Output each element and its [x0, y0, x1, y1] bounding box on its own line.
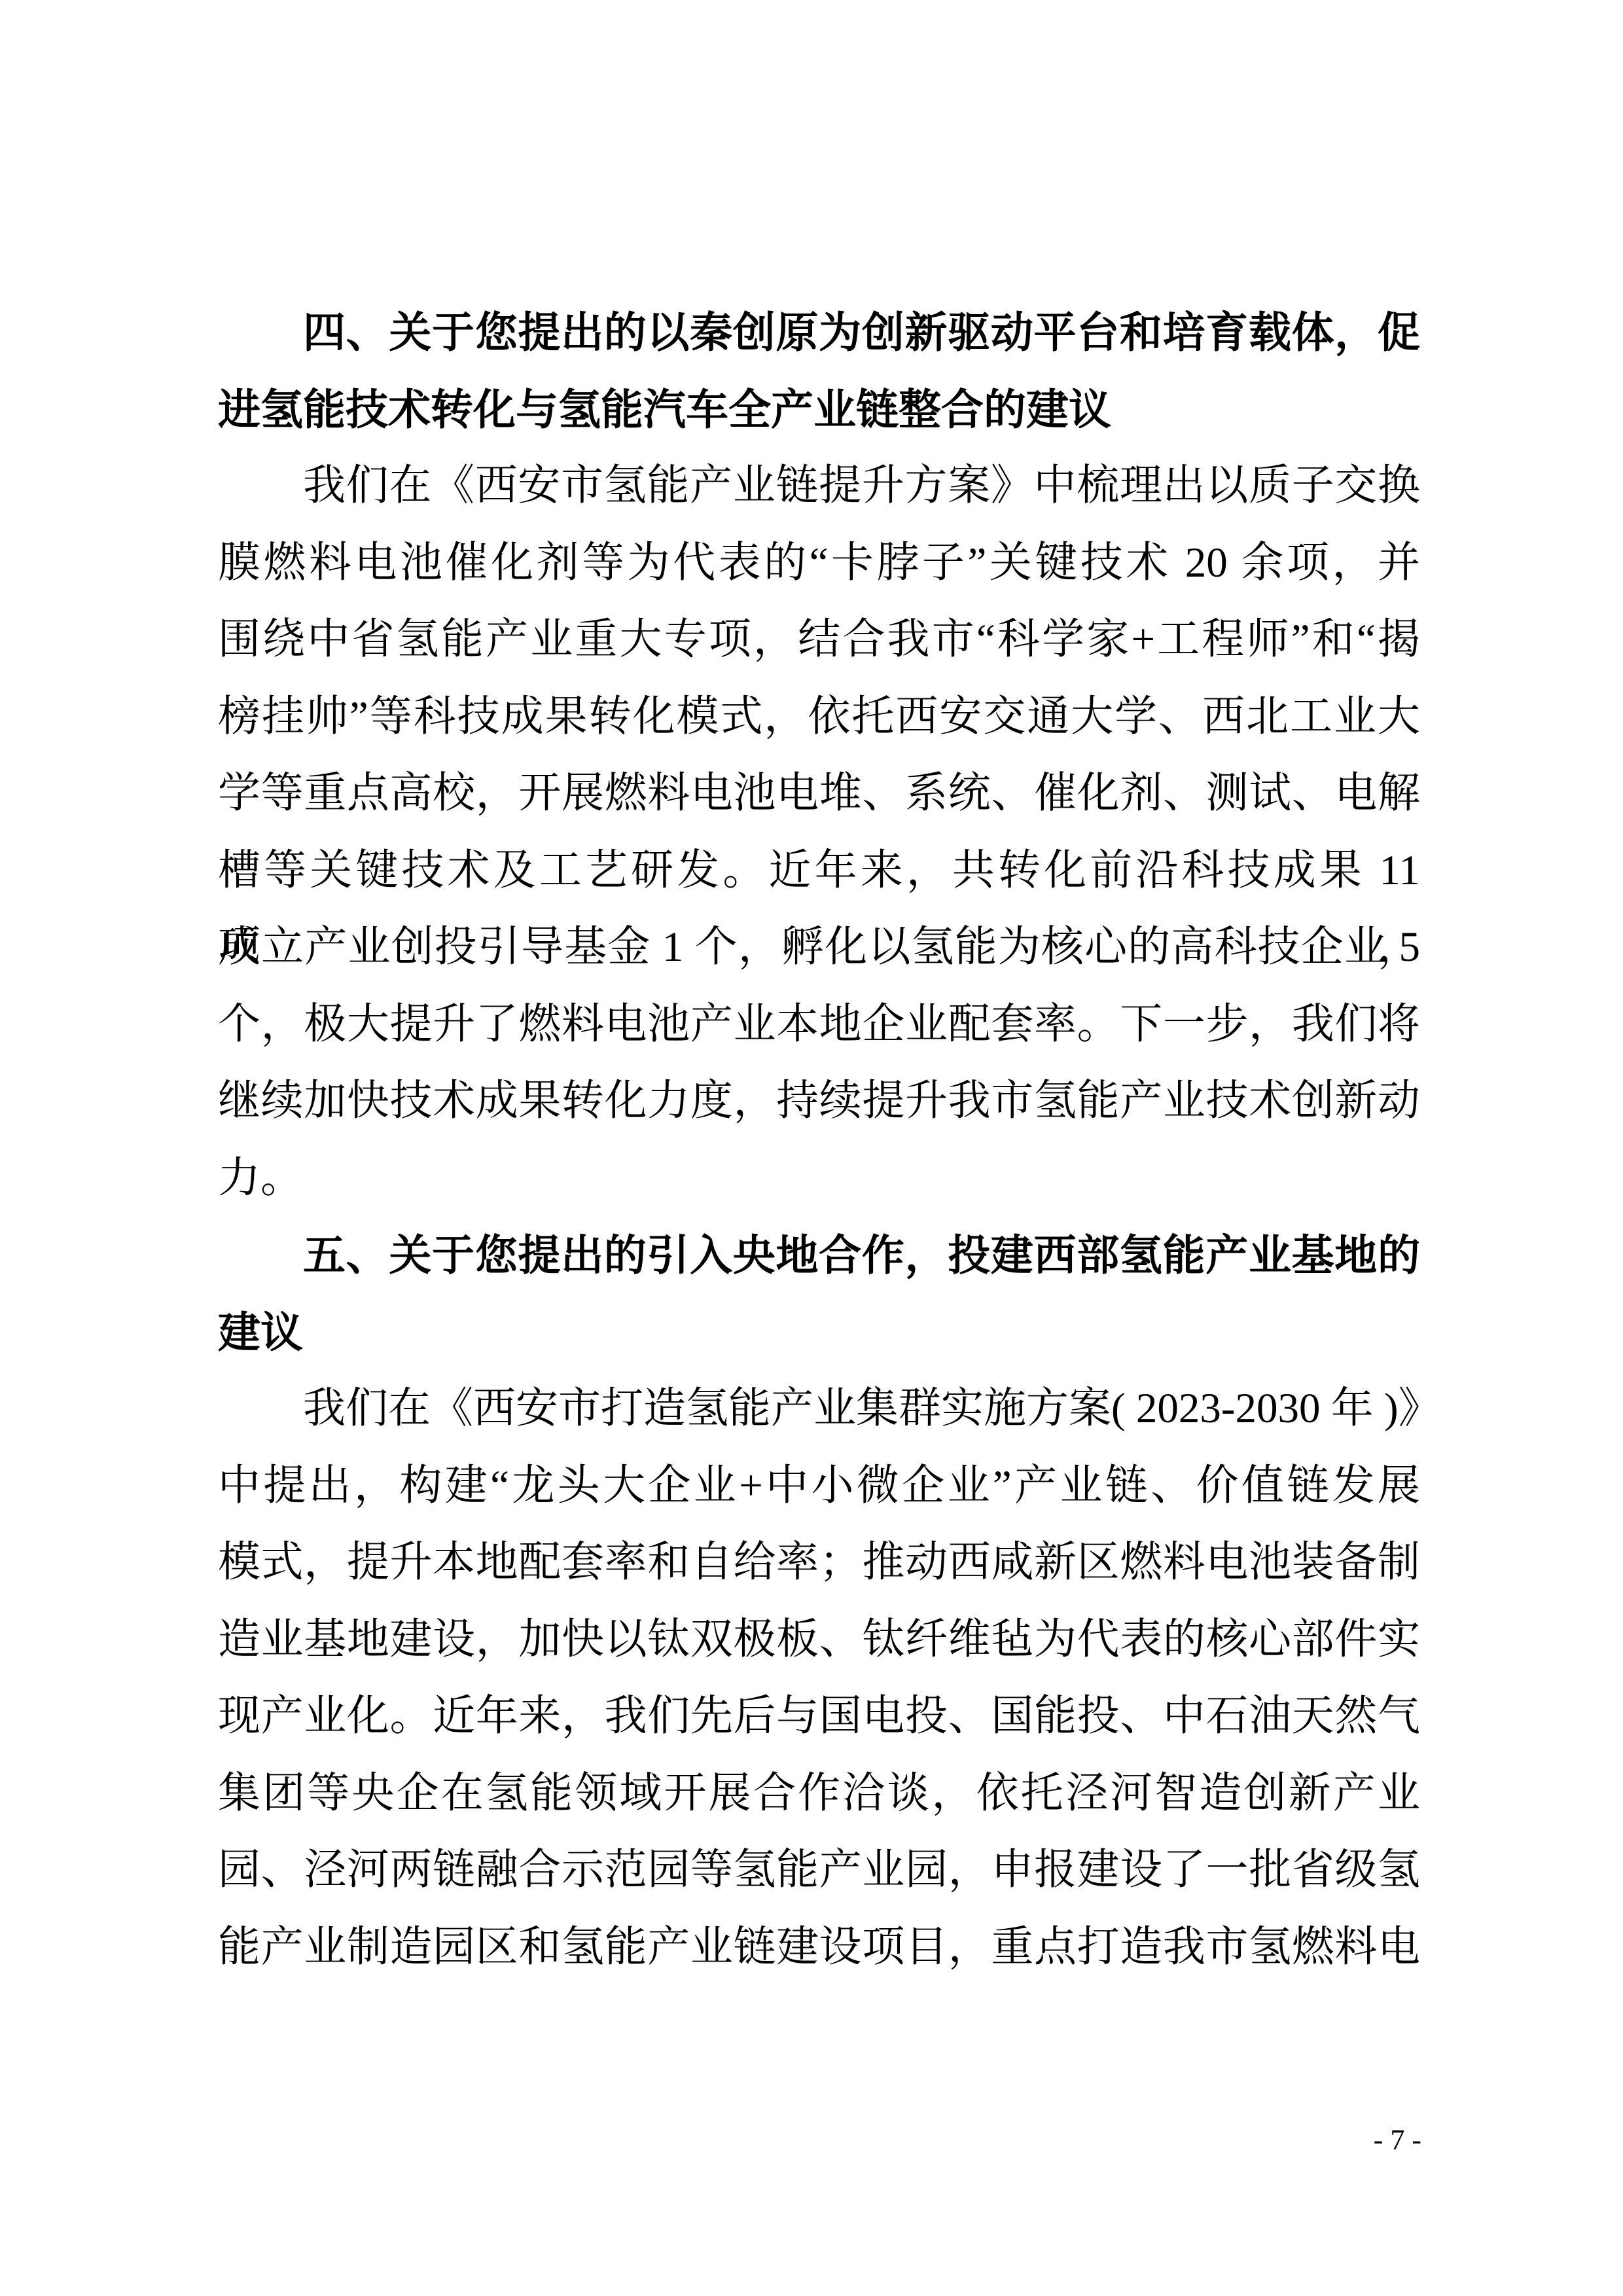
body-line: 围绕中省氢能产业重大专项，结合我市“科学家+工程师”和“揭 — [218, 601, 1420, 679]
body-line: 继续加快技术成果转化力度，持续提升我市氢能产业技术创新动 — [218, 1063, 1420, 1140]
section-heading-line: 四、关于您提出的以秦创原为创新驱动平台和培育载体，促 — [218, 294, 1420, 371]
section-heading-line: 五、关于您提出的引入央地合作，投建西部氢能产业基地的 — [218, 1217, 1420, 1294]
body-line: 模式，提升本地配套率和自给率；推动西咸新区燃料电池装备制 — [218, 1524, 1420, 1602]
body-line: 能产业制造园区和氢能产业链建设项目，重点打造我市氢燃料电 — [218, 1909, 1420, 1986]
body-line: 学等重点高校，开展燃料电池电堆、系统、催化剂、测试、电解 — [218, 755, 1420, 833]
body-line: 现产业化。近年来，我们先后与国电投、国能投、中石油天然气 — [218, 1678, 1420, 1755]
body-line: 园、泾河两链融合示范园等氢能产业园，申报建设了一批省级氢 — [218, 1832, 1420, 1909]
document-text-block: 四、关于您提出的以秦创原为创新驱动平台和培育载体，促 进氢能技术转化与氢能汽车全… — [218, 294, 1420, 1986]
body-line: 膜燃料电池催化剂等为代表的“卡脖子”关键技术 20 余项，并 — [218, 525, 1420, 602]
body-line: 榜挂帅”等科技成果转化模式，依托西安交通大学、西北工业大 — [218, 679, 1420, 756]
body-line: 我们在《西安市氢能产业链提升方案》中梳理出以质子交换 — [218, 448, 1420, 525]
document-page: 四、关于您提出的以秦创原为创新驱动平台和培育载体，促 进氢能技术转化与氢能汽车全… — [0, 0, 1623, 2296]
body-line: 中提出，构建“龙头大企业+中小微企业”产业链、价值链发展 — [218, 1448, 1420, 1525]
body-line: 集团等央企在氢能领域开展合作洽谈，依托泾河智造创新产业 — [218, 1755, 1420, 1833]
body-line: 我们在《西安市打造氢能产业集群实施方案( 2023-2030 年 )》 — [218, 1371, 1420, 1448]
body-line: 成立产业创投引导基金 1 个，孵化以氢能为核心的高科技企业 5 — [218, 909, 1420, 986]
body-line: 个，极大提升了燃料电池产业本地企业配套率。下一步，我们将 — [218, 986, 1420, 1064]
section-heading-line: 进氢能技术转化与氢能汽车全产业链整合的建议 — [218, 371, 1420, 448]
page-number: - 7 - — [1374, 2126, 1421, 2155]
body-line: 造业基地建设，加快以钛双极板、钛纤维毡为代表的核心部件实 — [218, 1602, 1420, 1679]
section-heading-line: 建议 — [218, 1294, 1420, 1371]
body-line: 力。 — [218, 1140, 1420, 1217]
body-line: 槽等关键技术及工艺研发。近年来，共转化前沿科技成果 11 项， — [218, 833, 1420, 910]
